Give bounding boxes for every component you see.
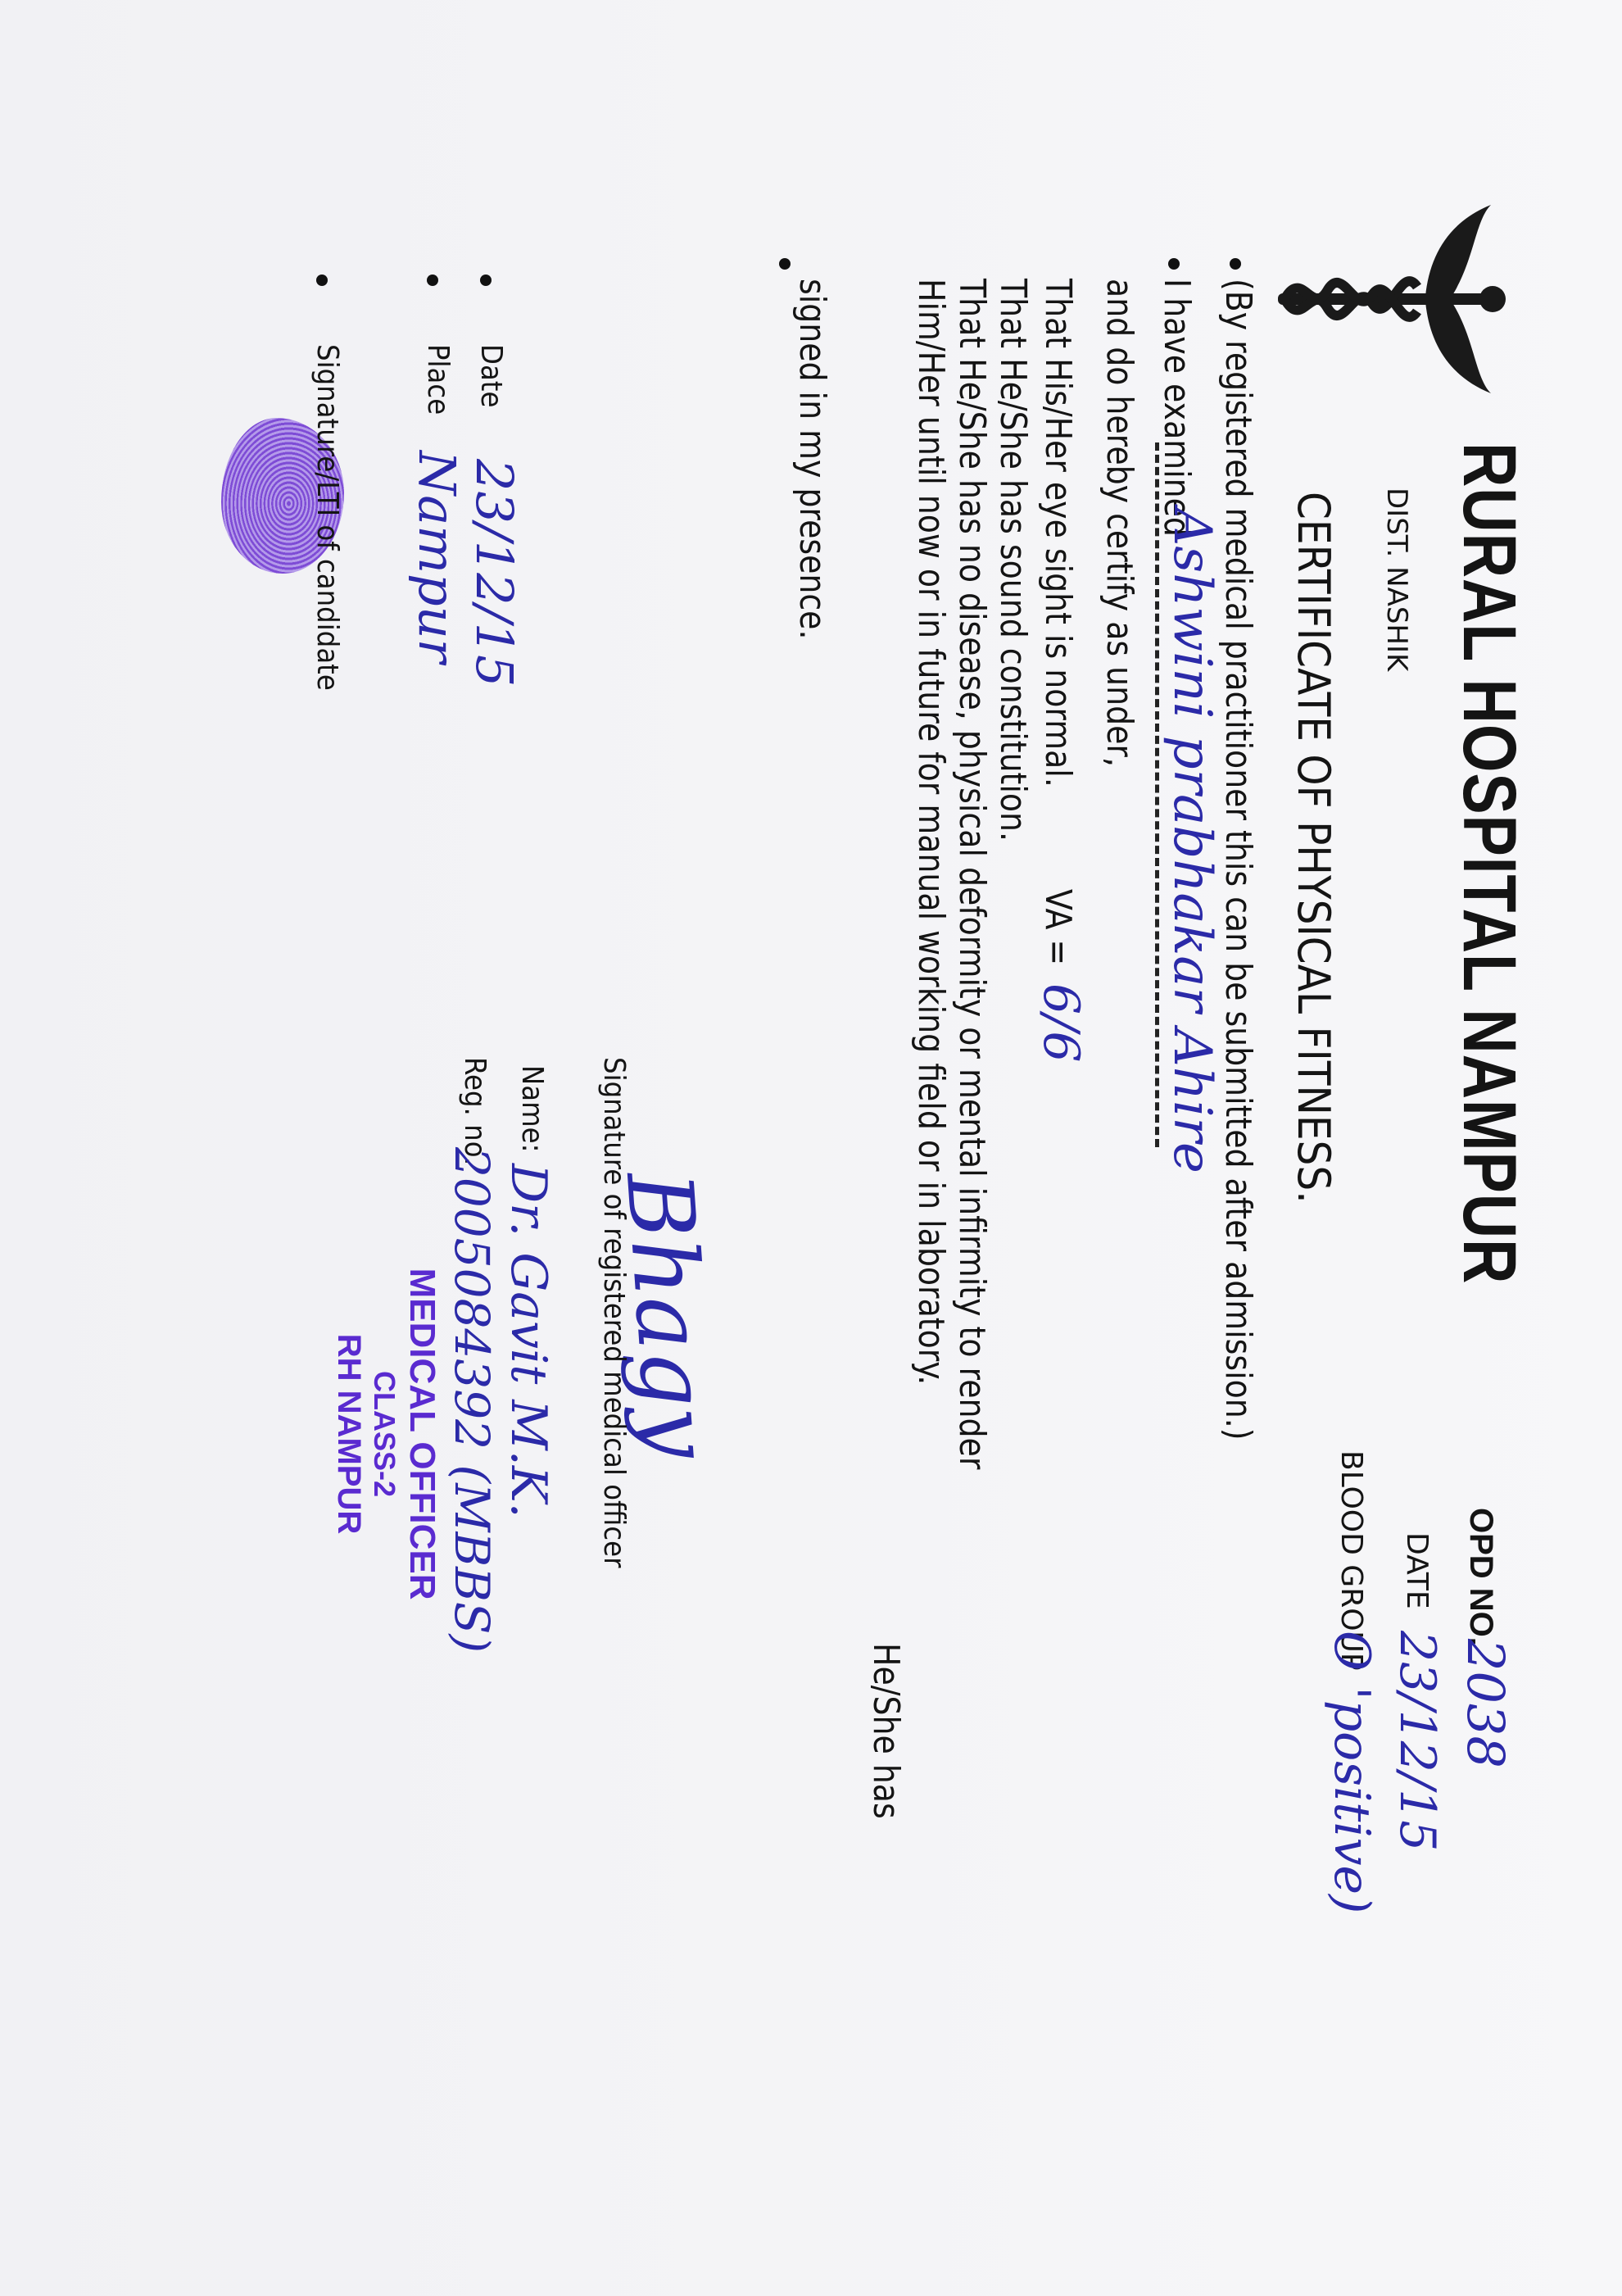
stamp-line: CLASS-2 — [367, 1262, 401, 1606]
officer-name-label: Name: — [515, 1065, 549, 1153]
examined-label: I have examined — [1153, 279, 1200, 537]
eyesight-line: That His/Her eye sight is normal. — [1034, 279, 1081, 787]
bullet — [1168, 258, 1180, 270]
candidate-place-label: Place — [421, 344, 455, 415]
candidate-signature-label: Signature/LTI of candidate — [310, 344, 344, 691]
bullet — [316, 275, 328, 286]
stamp-line: RH NAMPUR — [330, 1262, 367, 1606]
closing-line: He/She has — [862, 1643, 909, 1819]
examined-name: Ashwini prabhakar Ahire — [1162, 508, 1222, 1173]
bullet — [480, 275, 492, 286]
certificate-title: CERTIFICATE OF PHYSICAL FITNESS. — [1288, 492, 1339, 1204]
bullet — [779, 258, 791, 270]
caduceus-icon — [1270, 205, 1507, 393]
certificate-page: RURAL HOSPITAL NAMPUR DIST. NASHIK OPD N… — [0, 0, 1622, 2296]
va-value: 6/6 — [1032, 983, 1090, 1063]
opd-label: OPD NO. — [1462, 1508, 1499, 1646]
officer-stamp: MEDICAL OFFICER CLASS-2 RH NAMPUR — [330, 1262, 442, 1606]
officer-name: Dr. Gavit M.K. — [500, 1164, 557, 1518]
date-label: DATE — [1400, 1532, 1434, 1609]
candidate-date-value: 23/12/15 — [464, 459, 524, 687]
reg-no-value: 2005084392 (MBBS) — [444, 1147, 500, 1653]
date-value: 23/12/15 — [1389, 1631, 1446, 1851]
constitution-line: That He/She has sound constitution. — [989, 279, 1036, 842]
hospital-name: RURAL HOSPITAL NAMPUR — [1446, 442, 1532, 1284]
candidate-date-label: Date — [474, 344, 508, 407]
district: DIST. NASHIK — [1380, 488, 1413, 671]
opd-value: 2038 — [1456, 1639, 1516, 1768]
signed-line: signed in my presence. — [788, 279, 836, 639]
disease-line: That He/She has no disease, physical def… — [948, 279, 995, 1469]
officer-signature-label: Signature of registered medical officer — [597, 1057, 631, 1568]
working-line: Him/Her until now or in future for manua… — [907, 279, 954, 1385]
stamp-line: MEDICAL OFFICER — [401, 1262, 442, 1606]
certify-line: and do hereby certify as under, — [1095, 279, 1143, 767]
bullet — [427, 275, 438, 286]
blood-group-value: O 'positive) — [1323, 1631, 1380, 1913]
candidate-place-value: Nampur — [407, 451, 467, 663]
examined-name-line — [1155, 442, 1159, 1147]
va-label: VA = — [1034, 889, 1081, 965]
bullet — [1230, 258, 1241, 270]
